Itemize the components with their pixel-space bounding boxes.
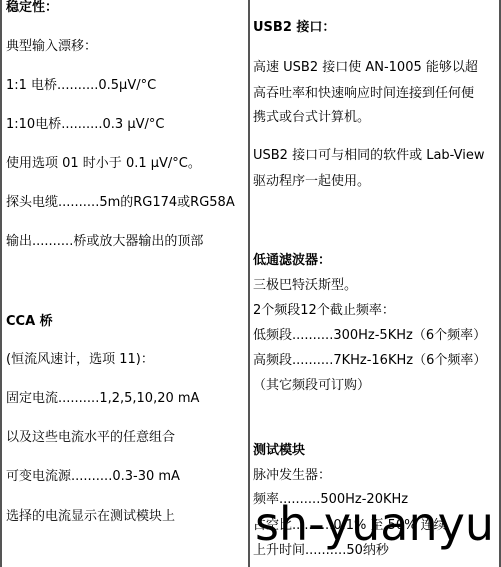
pulse-generator-label: 脉冲发生器：	[253, 468, 331, 484]
bridge-1-10-spec: 1:10电桥..........0.3 μV/°C	[6, 117, 164, 133]
stability-heading: 稳定性：	[6, 0, 58, 16]
variable-source-spec: 可变电流源..........0.3-30 mA	[6, 469, 180, 485]
low-band-spec: 低频段..........300Hz-5KHz（6个频率）	[253, 328, 486, 344]
lowpass-type: 三极巴特沃斯型。	[253, 278, 357, 294]
usb-para1-line1: 高速 USB2 接口使 AN-1005 能够以超	[253, 60, 478, 76]
other-bands-note: （其它频段可订购）	[253, 378, 370, 394]
usb-para2-line1: USB2 接口可与相同的软件或 Lab-View	[253, 148, 484, 164]
cca-heading: CCA 桥	[6, 314, 53, 330]
test-module-heading: 测试模块	[253, 443, 305, 459]
usb-para1-line2: 高吞吐率和快速响应时间连接到任何便	[253, 86, 474, 102]
fixed-current-spec: 固定电流..........1,2,5,10,20 mA	[6, 391, 199, 407]
typical-drift-label: 典型输入漂移：	[6, 39, 97, 55]
lowpass-heading: 低通滤波器：	[253, 253, 331, 269]
option-01-spec: 使用选项 01 时小于 0.1 μV/°C。	[6, 156, 201, 172]
watermark-text: sh-yuanyu	[255, 496, 494, 552]
high-band-spec: 高频段..........7KHz-16KHz（6个频率）	[253, 353, 486, 369]
bridge-1-1-spec: 1:1 电桥..........0.5μV/°C	[6, 78, 156, 94]
spec-table: 稳定性： 典型输入漂移： 1:1 电桥..........0.5μV/°C 1:…	[0, 0, 501, 567]
lowpass-bands: 2个频段12个截止频率：	[253, 303, 395, 319]
usb-heading: USB2 接口：	[253, 20, 335, 36]
cca-subtitle: (恒流风速计，选项 11)：	[6, 352, 154, 368]
usb-para2-line2: 驱动程序一起使用。	[253, 174, 370, 190]
any-combination-note: 以及这些电流水平的任意组合	[6, 430, 175, 446]
output-spec: 输出..........桥或放大器输出的顶部	[6, 234, 203, 250]
column-divider	[248, 0, 250, 567]
probe-cable-spec: 探头电缆..........5m的RG174或RG58A	[6, 195, 235, 211]
display-note: 选择的电流显示在测试模块上	[6, 509, 175, 525]
usb-para1-line3: 携式或台式计算机。	[253, 110, 370, 126]
